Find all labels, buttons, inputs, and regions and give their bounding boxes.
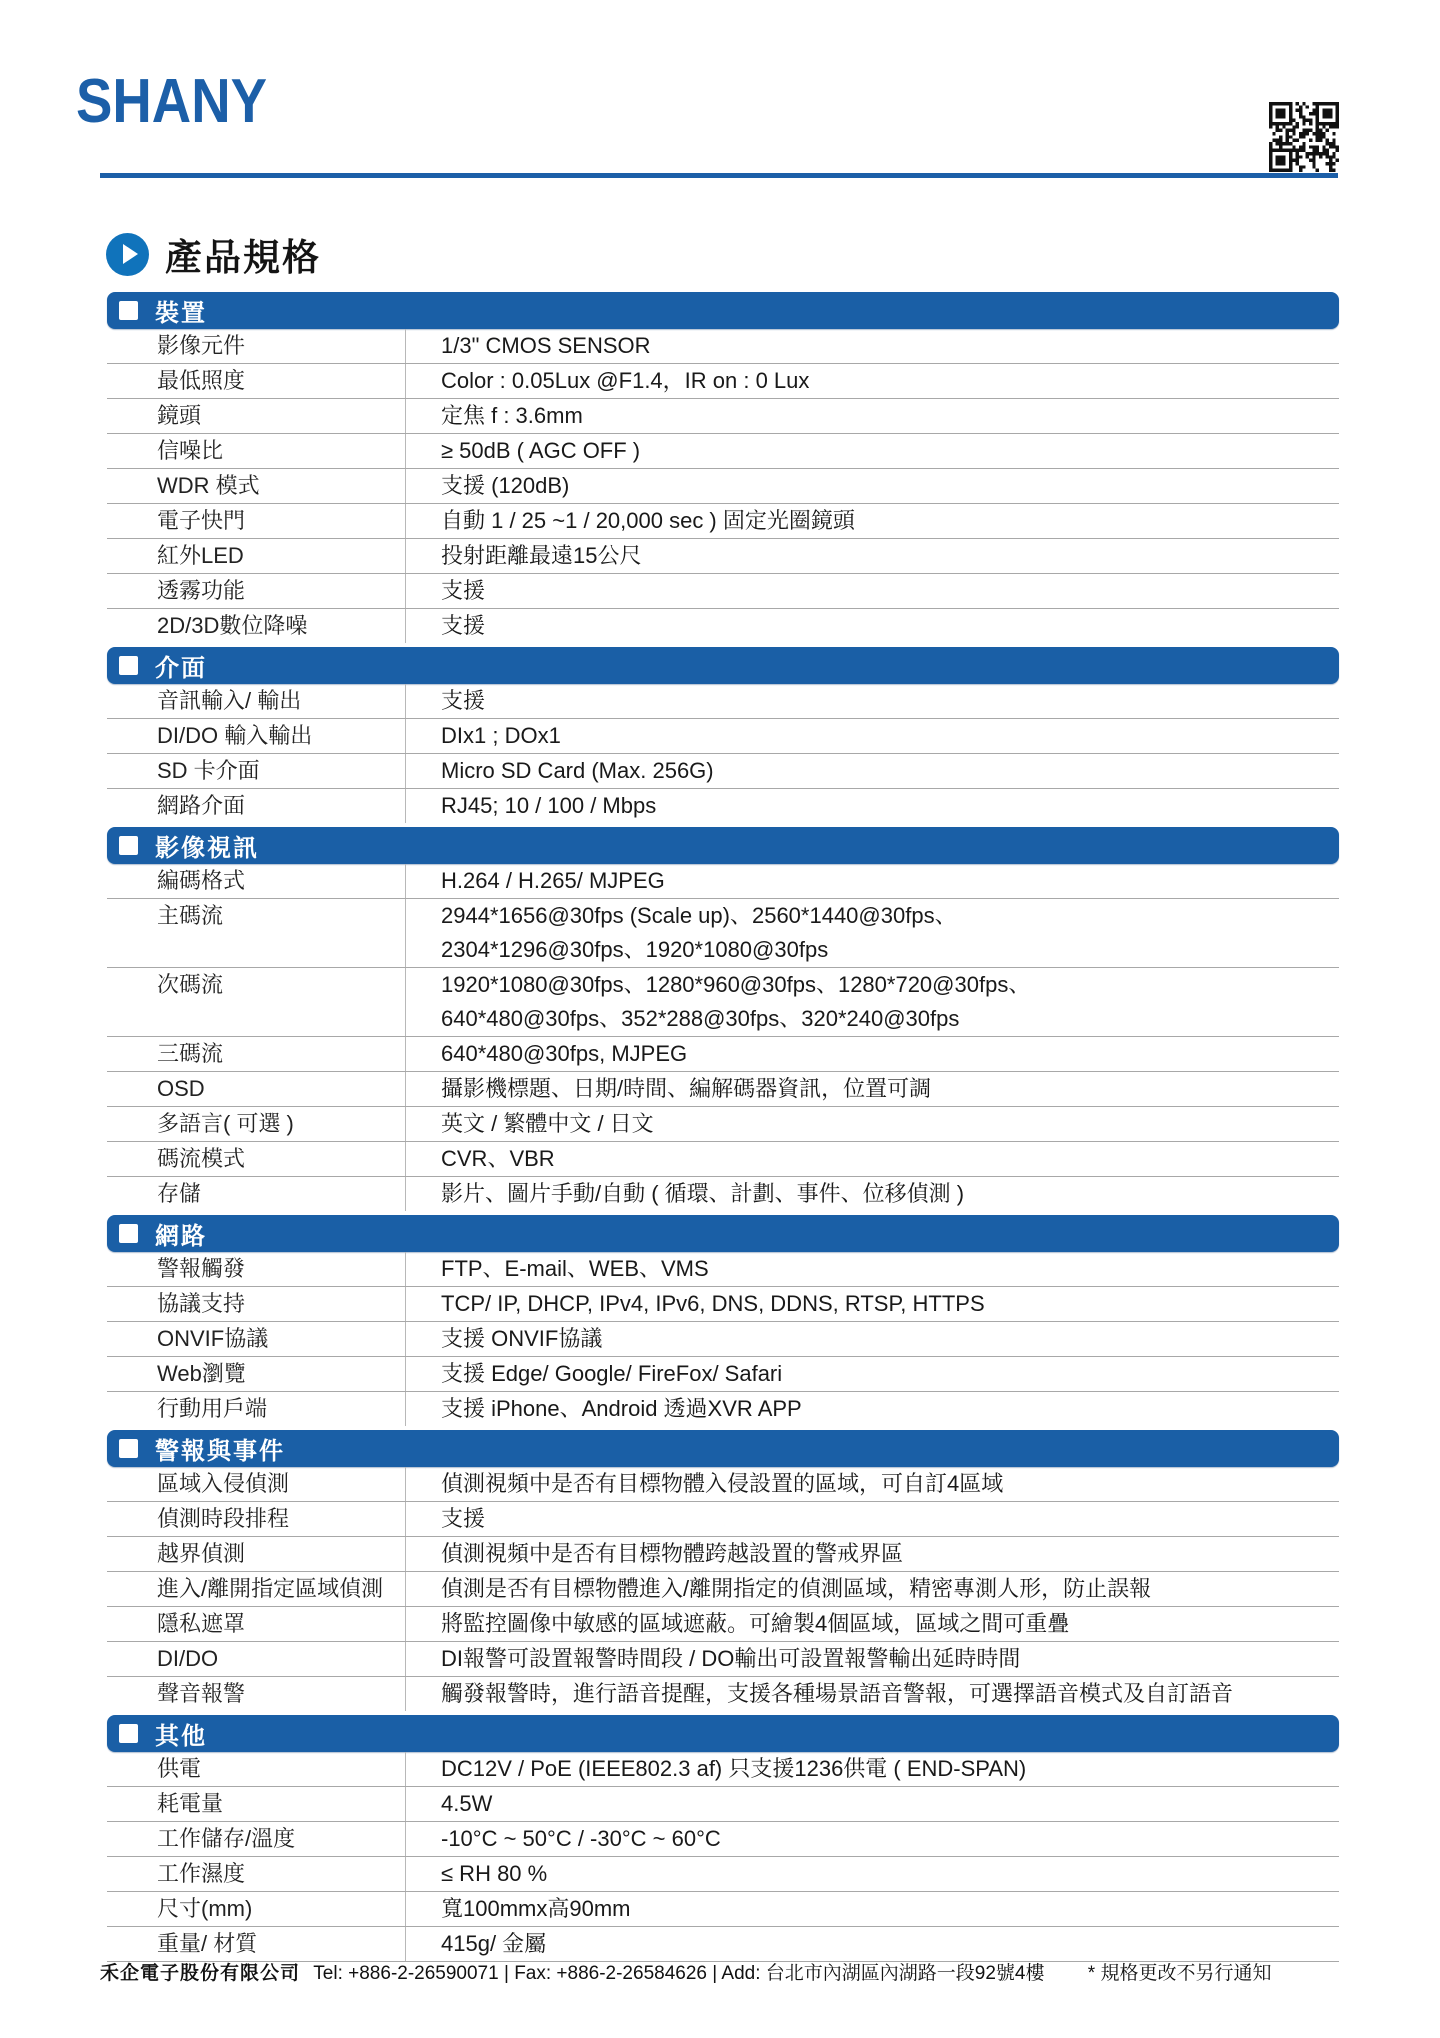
white-square-bullet-icon (119, 1439, 138, 1458)
white-square-bullet-icon (119, 1724, 138, 1743)
spec-label: 供電 (107, 1752, 405, 1786)
spec-label: 存儲 (107, 1177, 405, 1211)
spec-row: 越界偵測偵測視頻中是否有目標物體跨越設置的警戒界區 (107, 1536, 1339, 1571)
spec-row: 行動用戶端支援 iPhone、Android 透過XVR APP (107, 1391, 1339, 1426)
spec-value: 觸發報警時，進行語音提醒，支援各種場景語音警報，可選擇語音模式及自訂語音 (405, 1677, 1339, 1711)
section-title: 裝置 (155, 293, 207, 328)
spec-row: ONVIF協議支援 ONVIF協議 (107, 1321, 1339, 1356)
brand-logo: SHANY (76, 66, 267, 137)
spec-row: 信噪比≥ 50dB ( AGC OFF ) (107, 433, 1339, 468)
spec-label: 越界偵測 (107, 1537, 405, 1571)
spec-label: 最低照度 (107, 364, 405, 398)
spec-row: 三碼流640*480@30fps, MJPEG (107, 1036, 1339, 1071)
triangle-glyph (123, 244, 138, 264)
spec-label: 2D/3D數位降噪 (107, 609, 405, 643)
spec-label: 網路介面 (107, 789, 405, 823)
spec-row: 音訊輸入/ 輸出支援 (107, 684, 1339, 718)
spec-row: DI/DO 輸入輸出DIx1 ; DOx1 (107, 718, 1339, 753)
spec-section: 其他供電DC12V / PoE (IEEE802.3 af) 只支援1236供電… (107, 1715, 1339, 1962)
spec-section: 介面音訊輸入/ 輸出支援DI/DO 輸入輸出DIx1 ; DOx1SD 卡介面M… (107, 647, 1339, 823)
section-title: 介面 (155, 648, 207, 683)
spec-label: 鏡頭 (107, 399, 405, 433)
spec-row: 紅外LED投射距離最遠15公尺 (107, 538, 1339, 573)
spec-row: 多語言( 可選 )英文 / 繁體中文 / 日文 (107, 1106, 1339, 1141)
qr-code-icon (1269, 102, 1339, 172)
spec-row: 編碼格式H.264 / H.265/ MJPEG (107, 864, 1339, 898)
spec-label: 主碼流 (107, 899, 405, 967)
spec-label: 隱私遮罩 (107, 1607, 405, 1641)
spec-value: CVR、VBR (405, 1142, 1339, 1176)
spec-label: 警報觸發 (107, 1252, 405, 1286)
spec-value: 寬100mmx高90mm (405, 1892, 1339, 1926)
spec-value: 1920*1080@30fps、1280*960@30fps、1280*720@… (405, 968, 1339, 1036)
spec-value: ≥ 50dB ( AGC OFF ) (405, 434, 1339, 468)
spec-label: 偵測時段排程 (107, 1502, 405, 1536)
footer: 禾企電子股份有限公司 Tel: +886-2-26590071 | Fax: +… (100, 1958, 1360, 1985)
section-header-bar: 其他 (107, 1715, 1339, 1752)
spec-value: 英文 / 繁體中文 / 日文 (405, 1107, 1339, 1141)
spec-label: 協議支持 (107, 1287, 405, 1321)
section-rows: 音訊輸入/ 輸出支援DI/DO 輸入輸出DIx1 ; DOx1SD 卡介面Mic… (107, 684, 1339, 823)
spec-label: 三碼流 (107, 1037, 405, 1071)
spec-label: 行動用戶端 (107, 1392, 405, 1426)
section-rows: 供電DC12V / PoE (IEEE802.3 af) 只支援1236供電 (… (107, 1752, 1339, 1962)
spec-row: 碼流模式CVR、VBR (107, 1141, 1339, 1176)
section-title: 其他 (155, 1716, 207, 1751)
spec-row: 供電DC12V / PoE (IEEE802.3 af) 只支援1236供電 (… (107, 1752, 1339, 1786)
spec-section: 裝置影像元件1/3" CMOS SENSOR最低照度Color : 0.05Lu… (107, 292, 1339, 643)
spec-row: 尺寸(mm)寬100mmx高90mm (107, 1891, 1339, 1926)
section-title: 警報與事件 (155, 1431, 285, 1466)
spec-row: 工作濕度≤ RH 80 % (107, 1856, 1339, 1891)
spec-value: 影片、圖片手動/自動 ( 循環、計劃、事件、位移偵測 ) (405, 1177, 1339, 1211)
spec-value: 將監控圖像中敏感的區域遮蔽。可繪製4個區域，區域之間可重疊 (405, 1607, 1339, 1641)
spec-label: 信噪比 (107, 434, 405, 468)
white-square-bullet-icon (119, 656, 138, 675)
spec-label: 紅外LED (107, 539, 405, 573)
spec-label: 編碼格式 (107, 864, 405, 898)
spec-label: 多語言( 可選 ) (107, 1107, 405, 1141)
spec-value: -10°C ~ 50°C / -30°C ~ 60°C (405, 1822, 1339, 1856)
page-title: 產品規格 (165, 227, 321, 281)
section-header-bar: 裝置 (107, 292, 1339, 329)
spec-row: 隱私遮罩將監控圖像中敏感的區域遮蔽。可繪製4個區域，區域之間可重疊 (107, 1606, 1339, 1641)
play-bullet-icon (106, 233, 149, 276)
spec-value: DC12V / PoE (IEEE802.3 af) 只支援1236供電 ( E… (405, 1752, 1339, 1786)
footer-contact: Tel: +886-2-26590071 | Fax: +886-2-26584… (313, 1963, 1044, 1984)
spec-label: 工作儲存/溫度 (107, 1822, 405, 1856)
section-header-bar: 影像視訊 (107, 827, 1339, 864)
spec-sheet-page: SHANY 產品規格 裝置影像元件1/3" CMOS SENSOR最低照度Col… (0, 0, 1440, 2038)
spec-value: 偵測視頻中是否有目標物體入侵設置的區域，可自訂4區域 (405, 1467, 1339, 1501)
spec-row: 鏡頭定焦 f : 3.6mm (107, 398, 1339, 433)
header-divider (100, 173, 1338, 178)
spec-row: SD 卡介面Micro SD Card (Max. 256G) (107, 753, 1339, 788)
spec-value: RJ45; 10 / 100 / Mbps (405, 789, 1339, 823)
spec-value: 支援 (405, 684, 1339, 718)
white-square-bullet-icon (119, 836, 138, 855)
spec-label: 進入/離開指定區域偵測 (107, 1572, 405, 1606)
spec-label: 耗電量 (107, 1787, 405, 1821)
spec-value: 支援 (405, 1502, 1339, 1536)
spec-label: DI/DO 輸入輸出 (107, 719, 405, 753)
spec-label: DI/DO (107, 1642, 405, 1676)
spec-row: 重量/ 材質415g/ 金屬 (107, 1926, 1339, 1962)
spec-row: 協議支持TCP/ IP, DHCP, IPv4, IPv6, DNS, DDNS… (107, 1286, 1339, 1321)
spec-row: 透霧功能支援 (107, 573, 1339, 608)
spec-value: 支援 (405, 609, 1339, 643)
spec-row: 網路介面RJ45; 10 / 100 / Mbps (107, 788, 1339, 823)
spec-value: 支援 (120dB) (405, 469, 1339, 503)
spec-label: 音訊輸入/ 輸出 (107, 684, 405, 718)
spec-row: 最低照度Color : 0.05Lux @F1.4，IR on : 0 Lux (107, 363, 1339, 398)
spec-label: ONVIF協議 (107, 1322, 405, 1356)
section-title: 網路 (155, 1216, 207, 1251)
spec-value: 自動 1 / 25 ~1 / 20,000 sec ) 固定光圈鏡頭 (405, 504, 1339, 538)
section-header-bar: 網路 (107, 1215, 1339, 1252)
spec-value: 偵測是否有目標物體進入/離開指定的偵測區域，精密專測人形，防止誤報 (405, 1572, 1339, 1606)
spec-value: 攝影機標題、日期/時間、編解碼器資訊，位置可調 (405, 1072, 1339, 1106)
spec-label: SD 卡介面 (107, 754, 405, 788)
spec-value: 640*480@30fps, MJPEG (405, 1037, 1339, 1071)
section-rows: 編碼格式H.264 / H.265/ MJPEG主碼流2944*1656@30f… (107, 864, 1339, 1211)
spec-row: 警報觸發FTP、E-mail、WEB、VMS (107, 1252, 1339, 1286)
spec-label: 次碼流 (107, 968, 405, 1036)
spec-value: TCP/ IP, DHCP, IPv4, IPv6, DNS, DDNS, RT… (405, 1287, 1339, 1321)
spec-label: OSD (107, 1072, 405, 1106)
spec-section: 網路警報觸發FTP、E-mail、WEB、VMS協議支持TCP/ IP, DHC… (107, 1215, 1339, 1426)
spec-row: 聲音報警觸發報警時，進行語音提醒，支援各種場景語音警報，可選擇語音模式及自訂語音 (107, 1676, 1339, 1711)
section-header-bar: 介面 (107, 647, 1339, 684)
spec-value: 支援 ONVIF協議 (405, 1322, 1339, 1356)
spec-label: WDR 模式 (107, 469, 405, 503)
section-rows: 影像元件1/3" CMOS SENSOR最低照度Color : 0.05Lux … (107, 329, 1339, 643)
page-title-row: 產品規格 (106, 227, 321, 281)
spec-value: 支援 iPhone、Android 透過XVR APP (405, 1392, 1339, 1426)
spec-section: 警報與事件區域入侵偵測偵測視頻中是否有目標物體入侵設置的區域，可自訂4區域偵測時… (107, 1430, 1339, 1711)
spec-value: 2944*1656@30fps (Scale up)、2560*1440@30f… (405, 899, 1339, 967)
spec-label: 工作濕度 (107, 1857, 405, 1891)
spec-label: 電子快門 (107, 504, 405, 538)
spec-row: 主碼流2944*1656@30fps (Scale up)、2560*1440@… (107, 898, 1339, 967)
spec-row: WDR 模式支援 (120dB) (107, 468, 1339, 503)
spec-value: 支援 (405, 574, 1339, 608)
spec-value: 偵測視頻中是否有目標物體跨越設置的警戒界區 (405, 1537, 1339, 1571)
spec-label: 區域入侵偵測 (107, 1467, 405, 1501)
spec-value: Micro SD Card (Max. 256G) (405, 754, 1339, 788)
spec-label: 重量/ 材質 (107, 1927, 405, 1961)
spec-row: 偵測時段排程支援 (107, 1501, 1339, 1536)
spec-value: 4.5W (405, 1787, 1339, 1821)
section-rows: 區域入侵偵測偵測視頻中是否有目標物體入侵設置的區域，可自訂4區域偵測時段排程支援… (107, 1467, 1339, 1711)
spec-value: 定焦 f : 3.6mm (405, 399, 1339, 433)
section-rows: 警報觸發FTP、E-mail、WEB、VMS協議支持TCP/ IP, DHCP,… (107, 1252, 1339, 1426)
spec-label: 尺寸(mm) (107, 1892, 405, 1926)
spec-row: 存儲影片、圖片手動/自動 ( 循環、計劃、事件、位移偵測 ) (107, 1176, 1339, 1211)
spec-value: Color : 0.05Lux @F1.4，IR on : 0 Lux (405, 364, 1339, 398)
spec-row: Web瀏覽支援 Edge/ Google/ FireFox/ Safari (107, 1356, 1339, 1391)
spec-value: DI報警可設置報警時間段 / DO輸出可設置報警輸出延時時間 (405, 1642, 1339, 1676)
spec-value: 415g/ 金屬 (405, 1927, 1339, 1961)
spec-row: 耗電量4.5W (107, 1786, 1339, 1821)
spec-label: 聲音報警 (107, 1677, 405, 1711)
spec-value: ≤ RH 80 % (405, 1857, 1339, 1891)
spec-value: 1/3" CMOS SENSOR (405, 329, 1339, 363)
spec-value: 投射距離最遠15公尺 (405, 539, 1339, 573)
spec-row: 2D/3D數位降噪支援 (107, 608, 1339, 643)
spec-value: 支援 Edge/ Google/ FireFox/ Safari (405, 1357, 1339, 1391)
spec-sections: 裝置影像元件1/3" CMOS SENSOR最低照度Color : 0.05Lu… (107, 292, 1339, 1962)
spec-value: H.264 / H.265/ MJPEG (405, 864, 1339, 898)
white-square-bullet-icon (119, 1224, 138, 1243)
spec-row: 次碼流1920*1080@30fps、1280*960@30fps、1280*7… (107, 967, 1339, 1036)
spec-row: 影像元件1/3" CMOS SENSOR (107, 329, 1339, 363)
spec-row: 區域入侵偵測偵測視頻中是否有目標物體入侵設置的區域，可自訂4區域 (107, 1467, 1339, 1501)
company-name: 禾企電子股份有限公司 (100, 1963, 300, 1984)
spec-label: Web瀏覽 (107, 1357, 405, 1391)
spec-row: 進入/離開指定區域偵測偵測是否有目標物體進入/離開指定的偵測區域，精密專測人形，… (107, 1571, 1339, 1606)
section-title: 影像視訊 (155, 828, 259, 863)
spec-row: OSD攝影機標題、日期/時間、編解碼器資訊，位置可調 (107, 1071, 1339, 1106)
footer-note: * 規格更改不另行通知 (1088, 1963, 1272, 1984)
section-header-bar: 警報與事件 (107, 1430, 1339, 1467)
spec-label: 碼流模式 (107, 1142, 405, 1176)
spec-row: DI/DODI報警可設置報警時間段 / DO輸出可設置報警輸出延時時間 (107, 1641, 1339, 1676)
spec-section: 影像視訊編碼格式H.264 / H.265/ MJPEG主碼流2944*1656… (107, 827, 1339, 1211)
spec-value: FTP、E-mail、WEB、VMS (405, 1252, 1339, 1286)
spec-value: DIx1 ; DOx1 (405, 719, 1339, 753)
spec-row: 電子快門自動 1 / 25 ~1 / 20,000 sec ) 固定光圈鏡頭 (107, 503, 1339, 538)
white-square-bullet-icon (119, 301, 138, 320)
spec-row: 工作儲存/溫度-10°C ~ 50°C / -30°C ~ 60°C (107, 1821, 1339, 1856)
spec-label: 透霧功能 (107, 574, 405, 608)
spec-label: 影像元件 (107, 329, 405, 363)
